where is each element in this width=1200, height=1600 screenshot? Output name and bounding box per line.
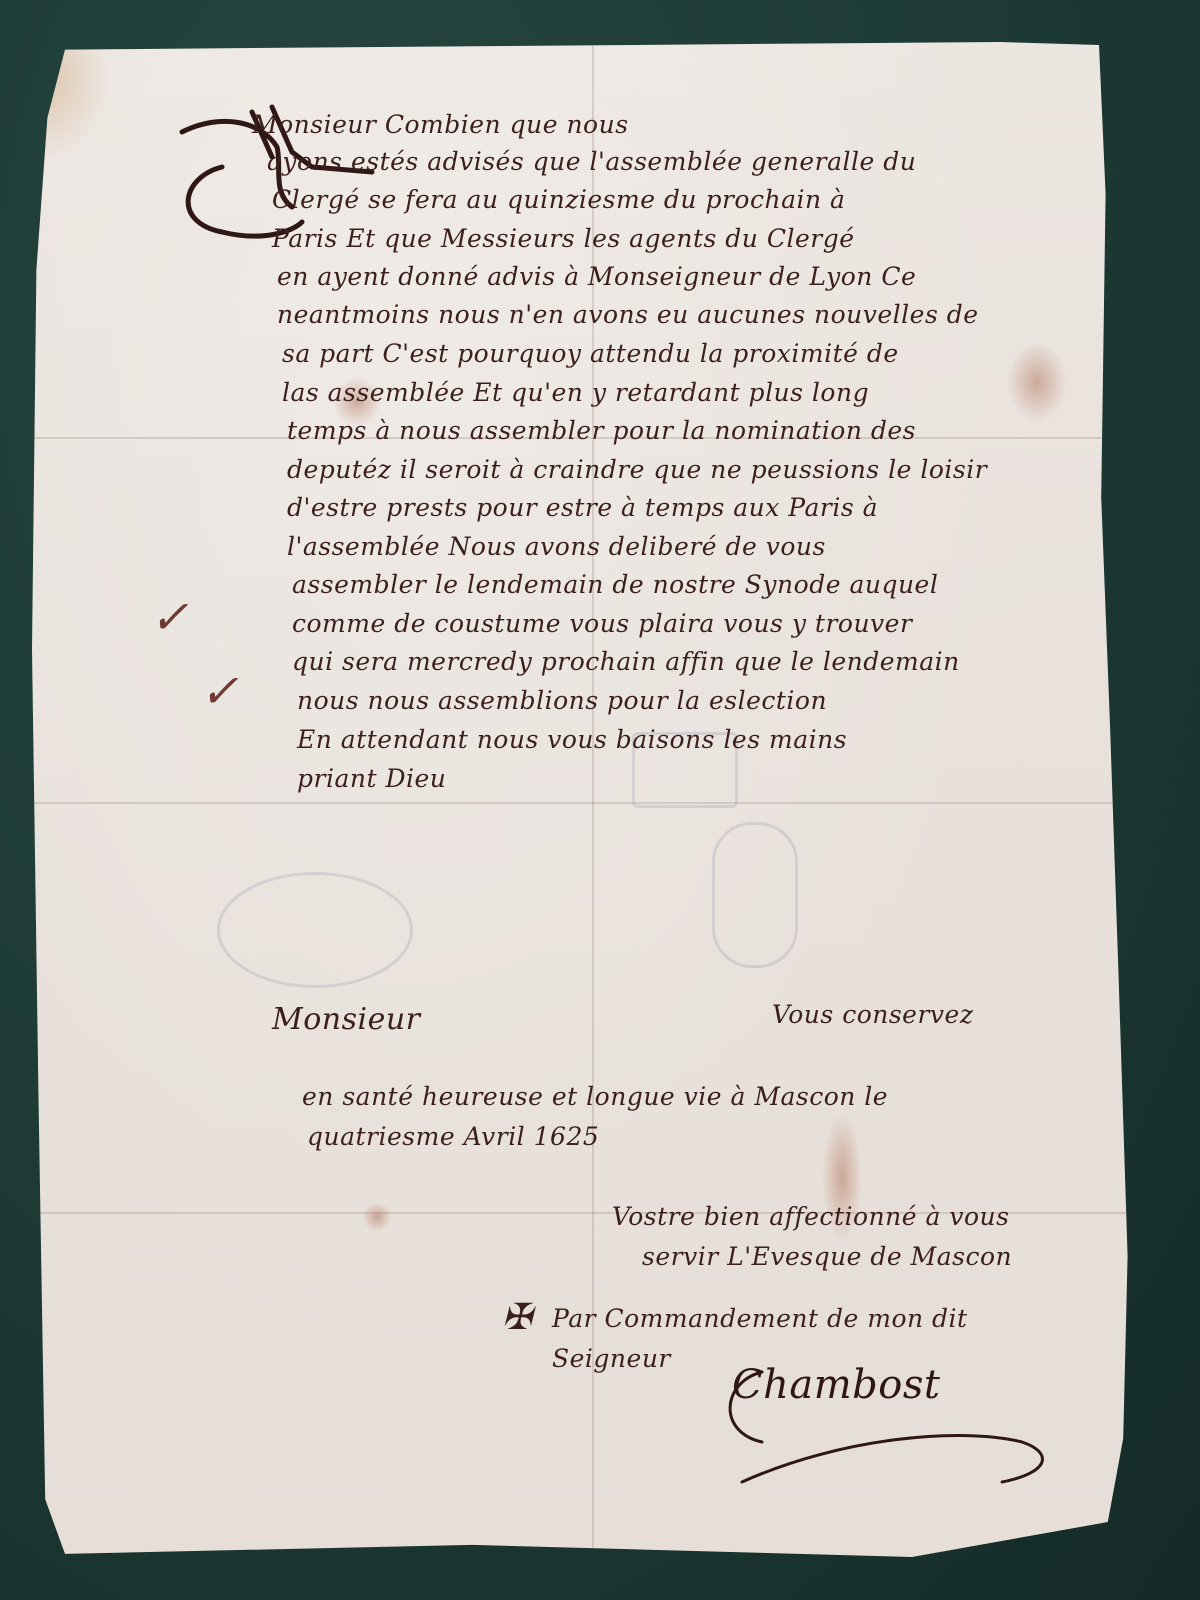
faded-stamp <box>712 822 798 968</box>
margin-check-mark: ✓ <box>200 664 239 718</box>
fold-line <box>32 802 1132 804</box>
text-line: en ayent donné advis à Monseigneur de Ly… <box>277 262 916 291</box>
text-line: sa part C'est pourquoy attendu la proxim… <box>282 339 899 368</box>
valediction-line: Vostre bien affectionné à vous <box>612 1202 1009 1231</box>
text-line: comme de coustume vous plaira vous y tro… <box>292 609 912 638</box>
text-line: En attendant nous vous baisons les mains <box>297 725 847 754</box>
text-line: nous nous assemblions pour la eslection <box>297 686 827 715</box>
date-line: quatriesme Avril 1625 <box>307 1122 599 1151</box>
text-line: Paris Et que Messieurs les agents du Cle… <box>272 224 855 253</box>
cross-mark: ✠ <box>502 1297 533 1338</box>
faded-oval-stamp <box>217 872 413 988</box>
text-line: deputéz il seroit à craindre que ne peus… <box>287 455 987 484</box>
closing-courtesy: Vous conservez <box>772 1000 974 1029</box>
text-line: las assemblée Et qu'en y retardant plus … <box>282 378 869 407</box>
text-line: Monsieur Combien que nous <box>252 110 629 139</box>
text-line: temps à nous assembler pour la nominatio… <box>287 416 916 445</box>
ink-stain <box>1007 342 1067 422</box>
ink-stain <box>362 1202 392 1232</box>
text-line: neantmoins nous n'en avons eu aucunes no… <box>277 300 979 329</box>
text-line: priant Dieu <box>297 764 446 793</box>
margin-check-mark: ✓ <box>150 590 189 644</box>
command-line: Par Commandement de mon dit <box>552 1304 968 1333</box>
text-line: qui sera mercredy prochain affin que le … <box>292 647 960 676</box>
text-line: assembler le lendemain de nostre Synode … <box>292 570 938 599</box>
closing-salutation: Monsieur <box>272 1002 421 1037</box>
command-line-2: Seigneur <box>552 1344 671 1373</box>
text-line: Clergé se fera au quinziesme du prochain… <box>272 185 845 214</box>
text-line: d'estre prests pour estre à temps aux Pa… <box>287 493 878 522</box>
valediction-line: servir L'Evesque de Mascon <box>642 1242 1012 1271</box>
place-line: en santé heureuse et longue vie à Mascon… <box>302 1082 888 1111</box>
signature-flourish <box>722 1342 1062 1492</box>
text-line: ayons estés advisés que l'assemblée gene… <box>267 147 916 176</box>
letter-page: Monsieur Combien que nous ayons estés ad… <box>32 42 1132 1560</box>
text-line: l'assemblée Nous avons deliberé de vous <box>287 532 826 561</box>
